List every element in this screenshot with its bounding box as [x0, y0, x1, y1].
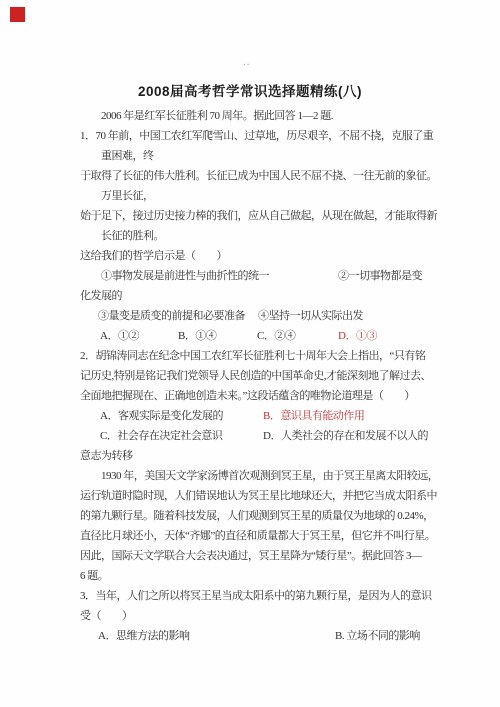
- q1-choice-c: C．②④: [257, 326, 295, 346]
- question-3-line: 3．当年，人们之所以将冥王星当成太阳系中的第九颗行星，是因为人的意识: [80, 586, 430, 606]
- q3-choice-b: B. 立场不同的影响: [335, 626, 420, 646]
- q2-choice-c: C．社会存在决定社会意识: [100, 426, 222, 446]
- question-2-line: 全面地把握现在、正确地创造未来。”这段话蕴含的唯物论道理是（ ）: [80, 386, 430, 406]
- pluto-passage-line: 的第九颗行星。随着科技发展，人们观测到冥王星的质量仅为地球的 0.24%，: [80, 506, 430, 526]
- q1-option-3: ③量变是质变的前提和必要准备: [98, 306, 245, 326]
- document-title: 2008届高考哲学常识选择题精练(八): [0, 80, 500, 100]
- question-2-line: 记历史,特别是铭记我们党领导人民创造的中国革命史,才能深刻地了解过去、: [80, 366, 430, 386]
- question-2-line: 2．胡锦涛同志在纪念中国工农红军长征胜利七十周年大会上指出，“只有铭: [80, 346, 430, 366]
- document-page: .. 2008届高考哲学常识选择题精练(八) 2006 年是红军长征胜利 70 …: [0, 0, 500, 707]
- question-2-choice-d-wrap: 意志为转移: [80, 446, 430, 466]
- pluto-passage-line: 6 题。: [80, 566, 430, 586]
- question-1-line: 万里长征，: [80, 186, 430, 206]
- q1-choice-b: B．①④: [178, 326, 216, 346]
- faint-corner-mark: ..: [243, 56, 251, 68]
- q1-choice-d-answer: D．①③: [338, 326, 377, 346]
- pluto-passage-line: 1930 年，美国天文学家汤博首次观测到冥王星，由于冥王星离太阳较远，: [80, 466, 430, 486]
- question-1-options-row: ①事物发展是前进性与曲折性的统一 ②一切事物都是变: [80, 266, 430, 286]
- pluto-passage-line: 直径比月球还小，天体“齐娜”的直径和质量都大于冥王星，但它并不叫行星。: [80, 526, 430, 546]
- q1-option-2: ②一切事物都是变: [338, 266, 422, 286]
- document-body: 2006 年是红军长征胜利 70 周年。据此回答 1—2 题. 1．70 年前，…: [80, 106, 430, 646]
- q3-choice-a: A．思维方法的影响: [98, 626, 189, 646]
- question-1-choices-row: A．①② B．①④ C．②④ D．①③: [80, 326, 430, 346]
- question-3-choices-row: A．思维方法的影响 B. 立场不同的影响: [80, 626, 430, 646]
- question-3-line: 受（ ）: [80, 606, 430, 626]
- question-1-stem: 这给我们的哲学启示是（ ）: [80, 246, 430, 266]
- question-1-line: 于取得了长征的伟大胜利。长征已成为中国人民不屈不挠、一往无前的象征。: [80, 166, 430, 186]
- question-1-line: 1．70 年前，中国工农红军爬雪山、过草地，历尽艰辛，不屈不挠，克服了重: [80, 126, 430, 146]
- q1-choice-a: A．①②: [100, 326, 139, 346]
- q2-choice-d: D．人类社会的存在和发展不以人的: [263, 426, 428, 446]
- q1-option-1: ①事物发展是前进性与曲折性的统一: [101, 266, 269, 286]
- question-2-choices-row: C．社会存在决定社会意识 D．人类社会的存在和发展不以人的: [80, 426, 430, 446]
- question-2-choices-row: A．客观实际是变化发展的 B．意识具有能动作用: [80, 406, 430, 426]
- pluto-passage-line: 运行轨道时隐时现，人们错误地认为冥王星比地球还大，并把它当成太阳系中: [80, 486, 430, 506]
- question-1-line: 长征的胜利。: [80, 226, 430, 246]
- pluto-passage-line: 因此，国际天文学联合大会表决通过，冥王星降为“矮行星”。据此回答 3—: [80, 546, 430, 566]
- question-1-option-2-wrap: 化发展的: [80, 286, 430, 306]
- q2-choice-a: A．客观实际是变化发展的: [100, 406, 223, 426]
- question-1-line: 重困难，终: [80, 146, 430, 166]
- q1-option-4: ④坚持一切从实际出发: [258, 306, 363, 326]
- question-1-options-row: ③量变是质变的前提和必要准备 ④坚持一切从实际出发: [80, 306, 430, 326]
- red-square-marker-icon: [10, 7, 25, 22]
- q2-choice-b-answer: B．意识具有能动作用: [263, 406, 364, 426]
- question-1-line: 始于足下，接过历史接力棒的我们，应从自己做起，从现在做起，才能取得新: [80, 206, 430, 226]
- intro-line: 2006 年是红军长征胜利 70 周年。据此回答 1—2 题.: [80, 106, 430, 126]
